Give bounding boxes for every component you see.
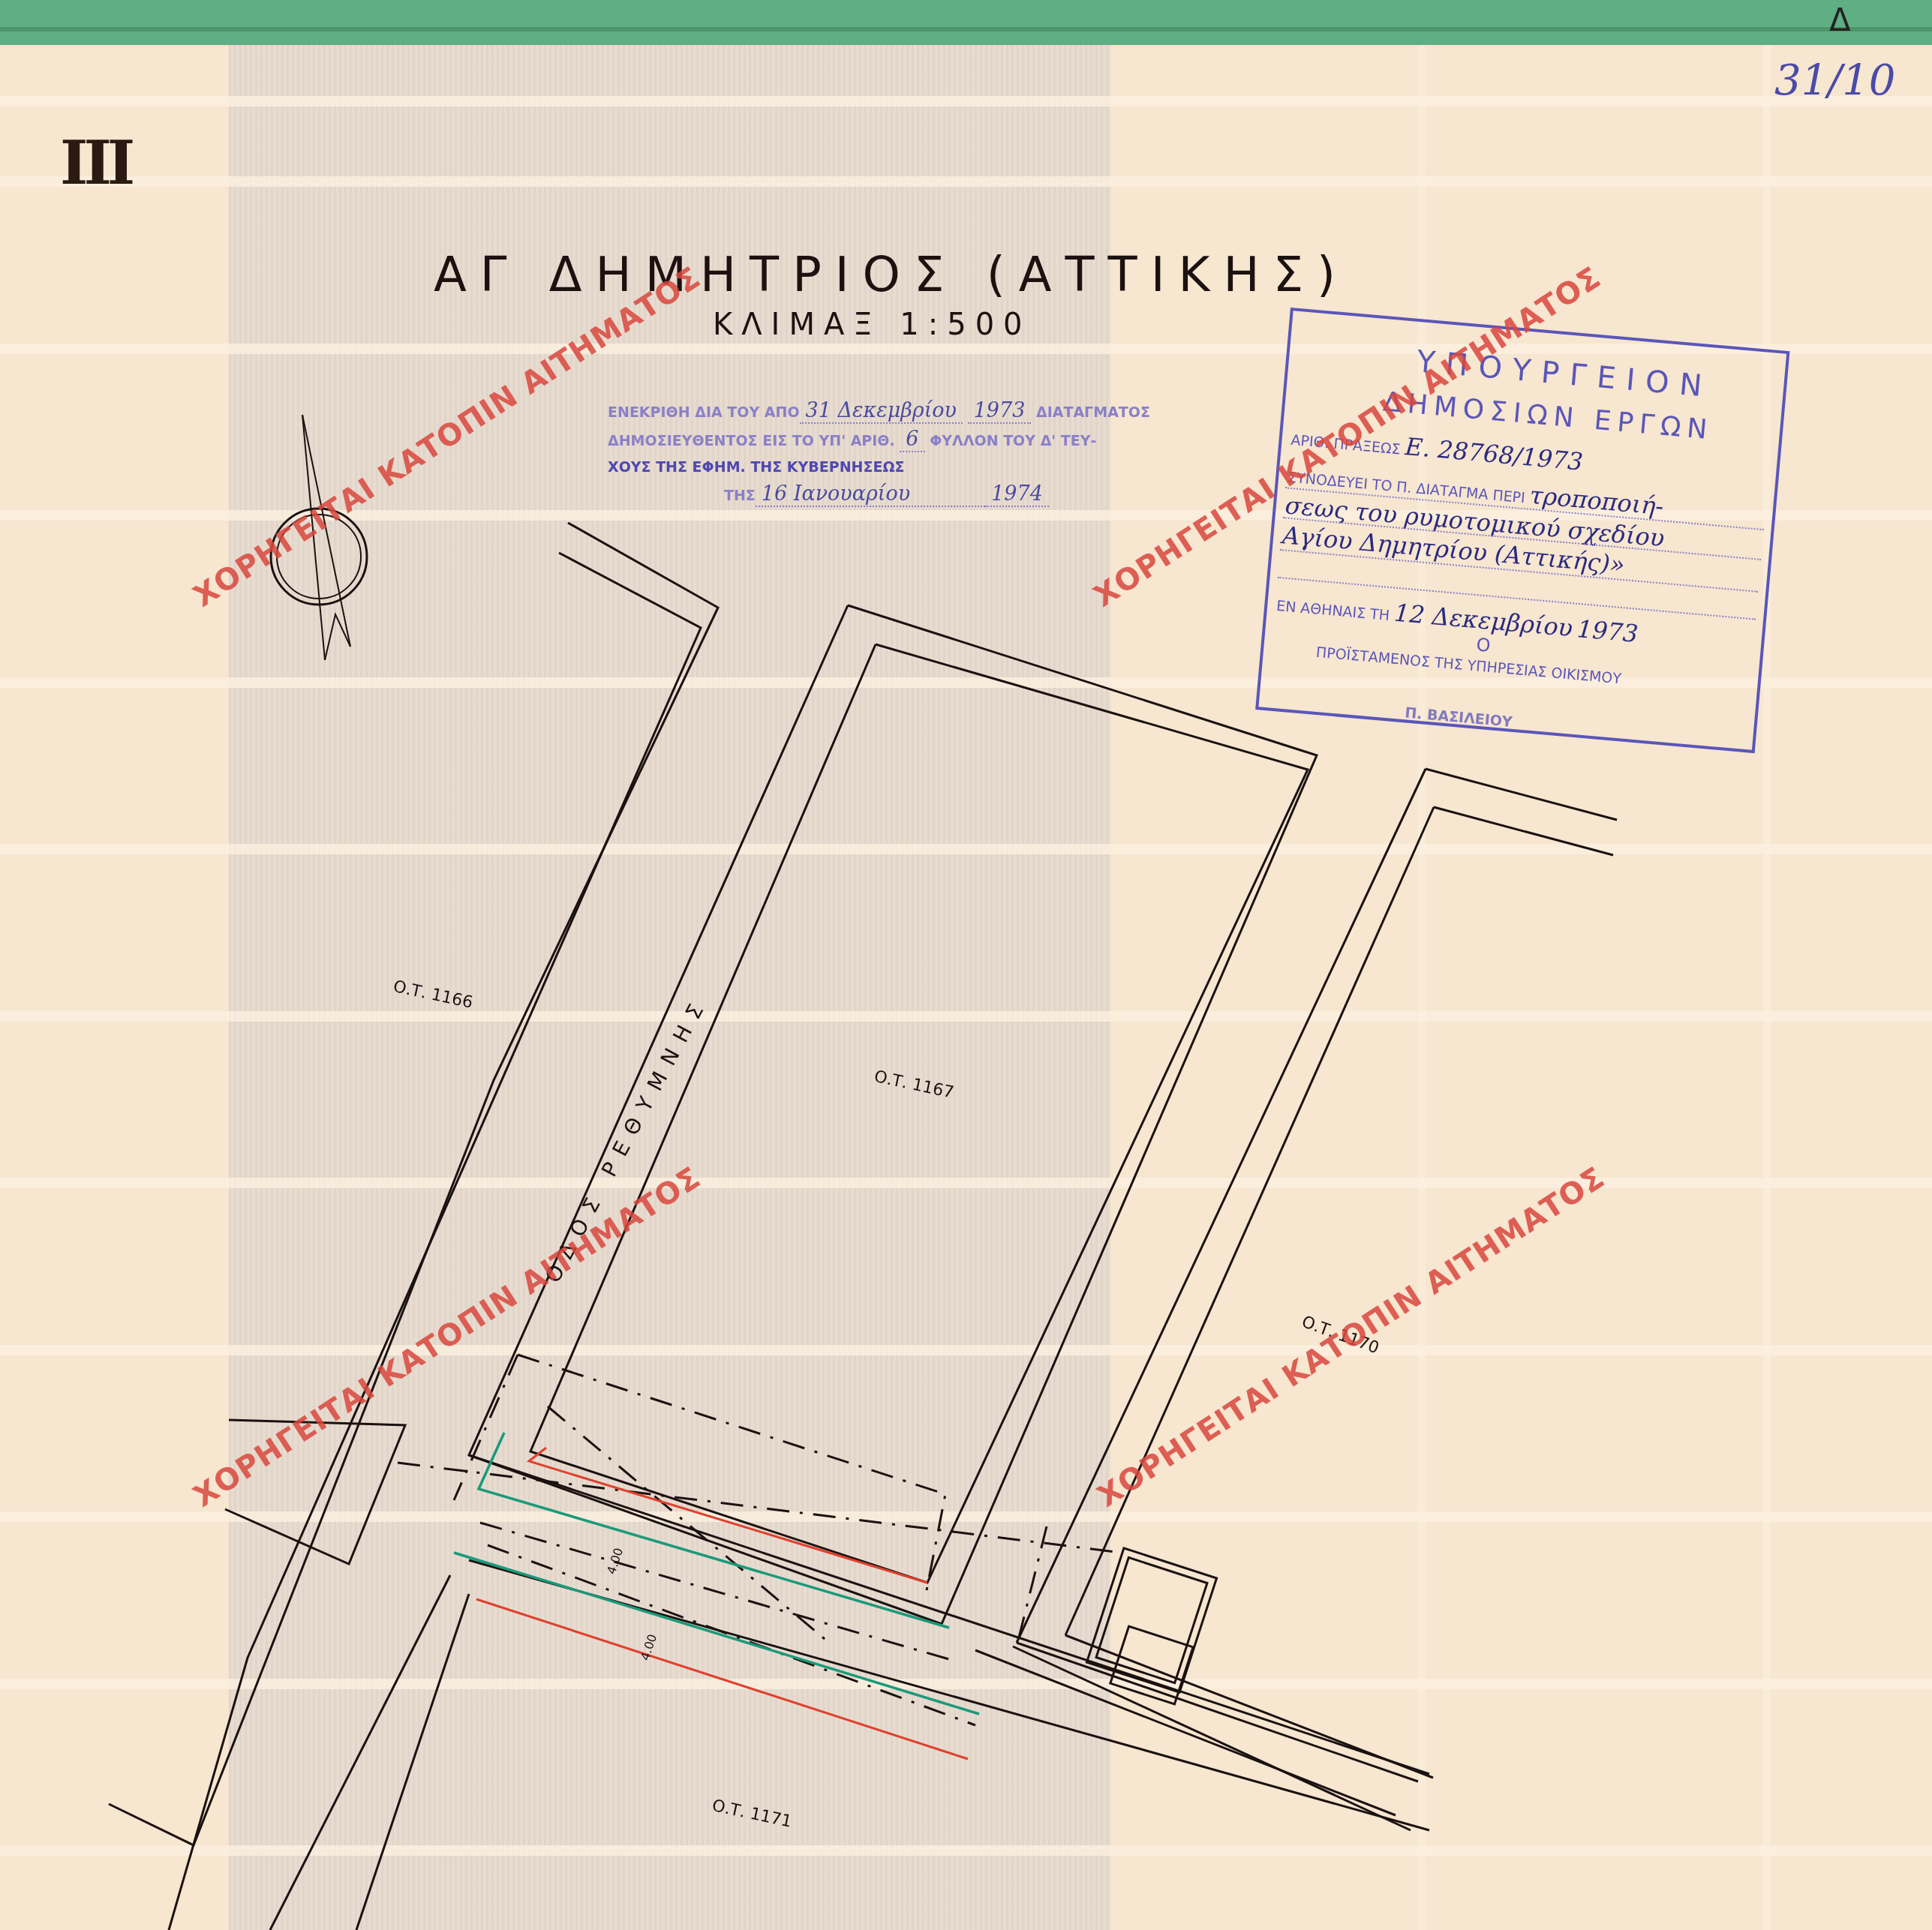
proposed-lines [398,1355,1122,1725]
red-building-line [476,1448,968,1759]
street-plan-drawing [0,0,1932,1930]
street-lines [109,523,1617,1930]
